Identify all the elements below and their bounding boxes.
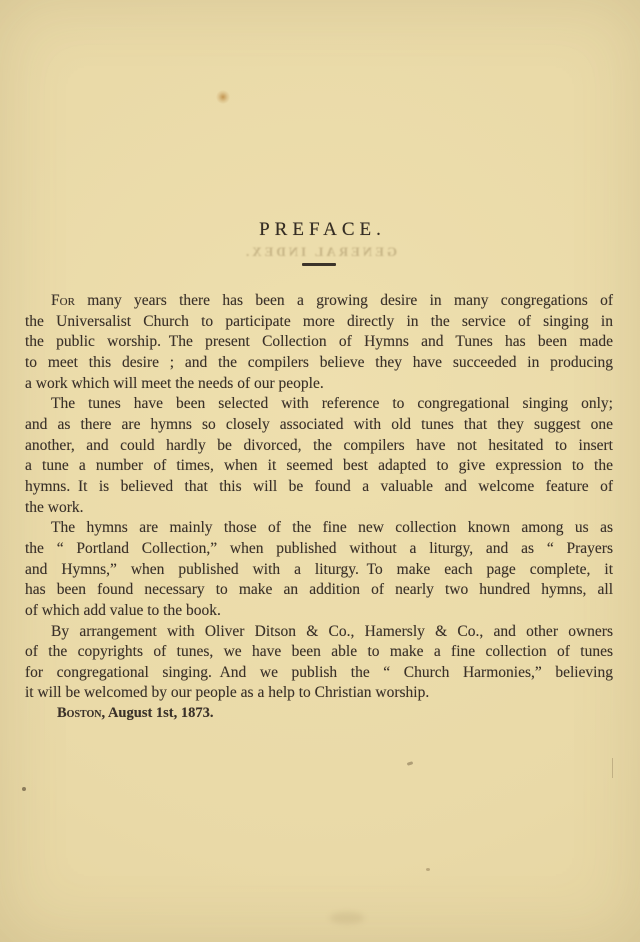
smallcaps-lead: For <box>51 292 75 309</box>
text-line: of the copyrights of tunes, we have been… <box>25 642 613 663</box>
text-line: a work which will meet the needs of our … <box>25 374 613 395</box>
text-line: For many years there has been a growing … <box>25 291 613 312</box>
text-line: the “ Portland Collection,” when publish… <box>25 539 613 560</box>
text-line: to meet this desire ; and the compilers … <box>25 353 613 374</box>
paper-smudge <box>330 912 364 924</box>
date-text: , August 1st, 1873. <box>102 705 214 721</box>
paper-speck <box>22 787 26 791</box>
page-title: PREFACE. <box>0 219 640 241</box>
preface-body: For many years there has been a growing … <box>25 291 613 704</box>
text-line: The tunes have been selected with refere… <box>25 394 613 415</box>
text-line: has been found necessary to make an addi… <box>25 580 613 601</box>
text-line: the Universalist Church to participate m… <box>25 312 613 333</box>
line-text: many years there has been a growing desi… <box>75 292 613 309</box>
text-line: the work. <box>25 498 613 519</box>
show-through-text: GENERAL INDEX. <box>0 243 640 261</box>
text-line: hymns. It is believed that this will be … <box>25 477 613 498</box>
paper-speck <box>407 761 414 766</box>
show-through-text-label: GENERAL INDEX. <box>243 244 397 260</box>
foxing-stain <box>216 90 230 104</box>
text-line: a tune a number of times, when it seemed… <box>25 456 613 477</box>
text-line: By arrangement with Oliver Ditson & Co.,… <box>25 622 613 643</box>
paper-speck <box>426 868 430 871</box>
text-line: for congregational singing. And we publi… <box>25 663 613 684</box>
smallcaps-city: Boston <box>57 705 102 721</box>
text-line: of which add value to the book. <box>25 601 613 622</box>
text-line: The hymns are mainly those of the fine n… <box>25 518 613 539</box>
text-line: the public worship. The present Collecti… <box>25 332 613 353</box>
scanned-book-page: GENERAL INDEX. PREFACE. For many years t… <box>0 0 640 942</box>
text-line: it will be welcomed by our people as a h… <box>25 683 613 704</box>
title-rule <box>302 263 336 266</box>
text-line: another, and could hardly be divorced, t… <box>25 436 613 457</box>
text-line: and as there are hymns so closely associ… <box>25 415 613 436</box>
paper-fiber-mark <box>612 758 613 778</box>
date-line: Boston, August 1st, 1873. <box>57 705 214 722</box>
text-line: and Hymns,” when published with a liturg… <box>25 560 613 581</box>
